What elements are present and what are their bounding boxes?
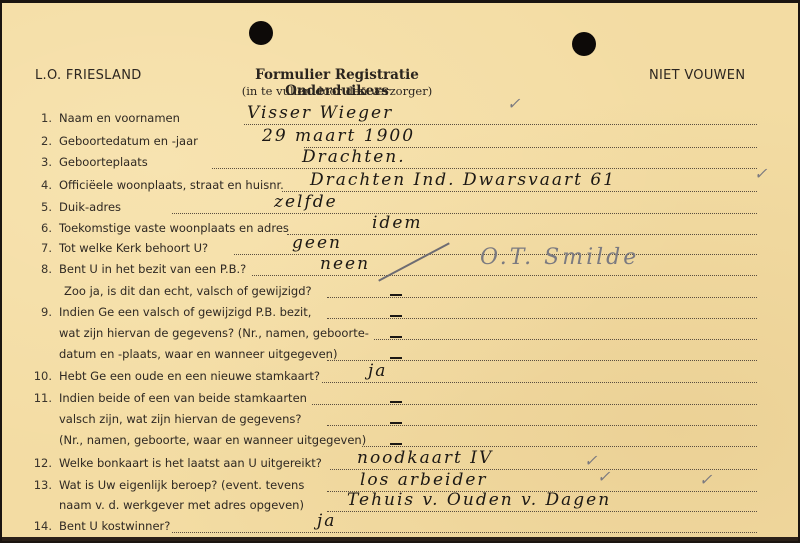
field-label: (Nr., namen, geboorte, waar en wanneer u… bbox=[59, 433, 366, 447]
handwritten-answer: Tehuis v. Ouden v. Dagen bbox=[347, 490, 611, 510]
dotted-answer-line bbox=[244, 124, 757, 125]
dotted-answer-line bbox=[282, 191, 757, 192]
dotted-answer-line bbox=[362, 446, 757, 447]
handwritten-answer: geen bbox=[292, 233, 342, 253]
dotted-answer-line bbox=[322, 382, 757, 383]
dotted-answer-line bbox=[312, 404, 757, 405]
dotted-answer-line bbox=[327, 511, 757, 512]
field-label: Duik-adres bbox=[59, 200, 121, 214]
handwritten-dash bbox=[390, 315, 402, 317]
do-not-fold-label: NIET VOUWEN bbox=[649, 68, 745, 83]
field-number: 9. bbox=[2, 305, 52, 319]
handwritten-answer: Drachten Ind. Dwarsvaart 61 bbox=[310, 170, 616, 190]
field-number: 1. bbox=[2, 111, 52, 125]
pencil-annotation: O.T. Smilde bbox=[480, 245, 639, 270]
form-field-row: 14.Bent U kostwinner?ja bbox=[2, 519, 800, 541]
check-mark-icon: ✓ bbox=[754, 164, 767, 183]
field-label: Bent U kostwinner? bbox=[59, 519, 170, 533]
dotted-answer-line bbox=[327, 360, 757, 361]
dotted-answer-line bbox=[172, 213, 757, 214]
form-field-row: datum en -plaats, waar en wanneer uitgeg… bbox=[2, 347, 800, 369]
handwritten-answer: Visser Wieger bbox=[247, 103, 393, 123]
dotted-answer-line bbox=[212, 168, 757, 169]
form-field-row: 10.Hebt Ge een oude en een nieuwe stamka… bbox=[2, 369, 800, 391]
field-label: Indien Ge een valsch of gewijzigd P.B. b… bbox=[59, 305, 311, 319]
field-number: 12. bbox=[2, 456, 52, 470]
check-mark-icon: ✓ bbox=[507, 94, 520, 113]
field-label: Officiëele woonplaats, straat en huisnr. bbox=[59, 178, 284, 192]
dotted-answer-line bbox=[327, 297, 757, 298]
handwritten-answer: noodkaart IV bbox=[357, 448, 493, 468]
dotted-answer-line bbox=[327, 318, 757, 319]
form-field-row: 8.Bent U in het bezit van een P.B.?neen bbox=[2, 262, 800, 284]
field-label: datum en -plaats, waar en wanneer uitgeg… bbox=[59, 347, 337, 361]
organization-label: L.O. FRIESLAND bbox=[35, 68, 142, 83]
field-number: 3. bbox=[2, 155, 52, 169]
handwritten-answer: neen bbox=[320, 254, 370, 274]
handwritten-dash bbox=[390, 422, 402, 424]
field-number: 11. bbox=[2, 391, 52, 405]
field-label: wat zijn hiervan de gegevens? (Nr., name… bbox=[59, 326, 369, 340]
form-field-row: valsch zijn, wat zijn hiervan de gegeven… bbox=[2, 412, 800, 434]
field-number: 10. bbox=[2, 369, 52, 383]
field-label: Wat is Uw eigenlijk beroep? (event. teve… bbox=[59, 478, 304, 492]
form-subtitle: (in te vullen door den verzorger) bbox=[202, 84, 472, 98]
check-mark-icon: ✓ bbox=[699, 470, 712, 489]
field-label: Tot welke Kerk behoort U? bbox=[59, 241, 208, 255]
field-label: Geboorteplaats bbox=[59, 155, 148, 169]
dotted-answer-line bbox=[327, 425, 757, 426]
handwritten-answer: idem bbox=[372, 213, 423, 233]
field-label: Toekomstige vaste woonplaats en adres bbox=[59, 221, 289, 235]
handwritten-answer: zelfde bbox=[274, 192, 338, 212]
punch-hole bbox=[249, 21, 273, 45]
field-label: Geboortedatum en -jaar bbox=[59, 134, 198, 148]
dotted-answer-line bbox=[287, 234, 757, 235]
field-number: 13. bbox=[2, 478, 52, 492]
form-field-row: naam v. d. werkgever met adres opgeven)T… bbox=[2, 498, 800, 520]
field-label: Bent U in het bezit van een P.B.? bbox=[59, 262, 246, 276]
punch-hole bbox=[572, 32, 596, 56]
field-label: valsch zijn, wat zijn hiervan de gegeven… bbox=[59, 412, 301, 426]
field-number: 8. bbox=[2, 262, 52, 276]
form-field-row: 9.Indien Ge een valsch of gewijzigd P.B.… bbox=[2, 305, 800, 327]
field-label: Zoo ja, is dit dan echt, valsch of gewij… bbox=[64, 284, 312, 298]
dotted-answer-line bbox=[172, 532, 757, 533]
field-number: 7. bbox=[2, 241, 52, 255]
check-mark-icon: ✓ bbox=[597, 467, 610, 486]
handwritten-dash bbox=[390, 336, 402, 338]
field-number: 2. bbox=[2, 134, 52, 148]
form-field-row: 4.Officiëele woonplaats, straat en huisn… bbox=[2, 178, 800, 200]
dotted-answer-line bbox=[252, 275, 757, 276]
field-label: Hebt Ge een oude en een nieuwe stamkaart… bbox=[59, 369, 320, 383]
field-number: 4. bbox=[2, 178, 52, 192]
form-field-row: 7.Tot welke Kerk behoort U?geen bbox=[2, 241, 800, 263]
form-field-row: wat zijn hiervan de gegevens? (Nr., name… bbox=[2, 326, 800, 348]
handwritten-dash bbox=[390, 294, 402, 296]
handwritten-answer: ja bbox=[317, 511, 336, 531]
handwritten-dash bbox=[390, 443, 402, 445]
form-field-row: Zoo ja, is dit dan echt, valsch of gewij… bbox=[2, 284, 800, 306]
registration-card: L.O. FRIESLAND Formulier Registratie Ond… bbox=[2, 3, 798, 541]
handwritten-answer: los arbeider bbox=[360, 470, 488, 490]
field-label: Welke bonkaart is het laatst aan U uitge… bbox=[59, 456, 322, 470]
field-number: 14. bbox=[2, 519, 52, 533]
form-field-row: 11.Indien beide of een van beide stamkaa… bbox=[2, 391, 800, 413]
dotted-answer-line bbox=[374, 339, 757, 340]
handwritten-dash bbox=[390, 401, 402, 403]
field-label: Naam en voornamen bbox=[59, 111, 180, 125]
handwritten-answer: ja bbox=[368, 361, 387, 381]
field-label: Indien beide of een van beide stamkaarte… bbox=[59, 391, 307, 405]
field-number: 6. bbox=[2, 221, 52, 235]
field-number: 5. bbox=[2, 200, 52, 214]
form-field-row: 6.Toekomstige vaste woonplaats en adresi… bbox=[2, 221, 800, 243]
handwritten-answer: Drachten. bbox=[302, 147, 406, 167]
handwritten-answer: 29 maart 1900 bbox=[262, 126, 415, 146]
handwritten-dash bbox=[390, 357, 402, 359]
check-mark-icon: ✓ bbox=[584, 451, 597, 470]
field-label: naam v. d. werkgever met adres opgeven) bbox=[59, 498, 304, 512]
